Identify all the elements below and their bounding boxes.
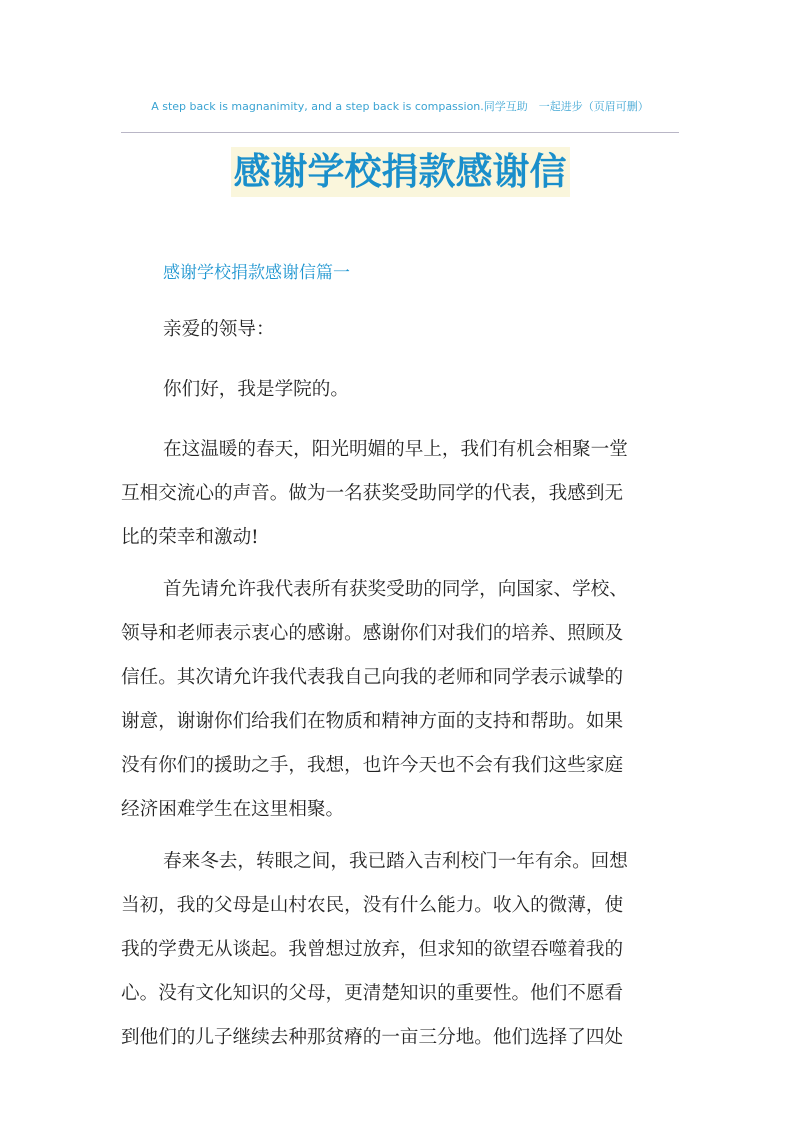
body-line: 春来冬去，转眼之间，我已踏入吉利校门一年有余。回想 bbox=[163, 850, 628, 874]
header-divider bbox=[121, 132, 679, 133]
body-line: 首先请允许我代表所有获奖受助的同学，向国家、学校、 bbox=[163, 578, 628, 602]
body-line: 当初，我的父母是山村农民，没有什么能力。收入的微薄，使 bbox=[121, 894, 623, 918]
body-line: 没有你们的援助之手，我想，也许今天也不会有我们这些家庭 bbox=[121, 754, 623, 778]
section-heading: 感谢学校捐款感谢信篇一 bbox=[163, 261, 350, 285]
body-line: 心。没有文化知识的父母，更清楚知识的重要性。他们不愿看 bbox=[121, 982, 623, 1006]
title-container: 感谢学校捐款感谢信 bbox=[0, 147, 800, 197]
body-line: 我的学费无从谈起。我曾想过放弃，但求知的欲望吞噬着我的 bbox=[121, 938, 623, 962]
body-line: 亲爱的领导： bbox=[163, 318, 275, 342]
body-line: 领导和老师表示衷心的感谢。感谢你们对我们的培养、照顾及 bbox=[121, 622, 623, 646]
body-line: 到他们的儿子继续去种那贫瘠的一亩三分地。他们选择了四处 bbox=[121, 1026, 623, 1050]
body-line: 谢意，谢谢你们给我们在物质和精神方面的支持和帮助。如果 bbox=[121, 710, 623, 734]
body-line: 信任。其次请允许我代表我自己向我的老师和同学表示诚挚的 bbox=[121, 666, 623, 690]
page-header: A step back is magnanimity, and a step b… bbox=[0, 98, 800, 114]
body-line: 互相交流心的声音。做为一名获奖受助同学的代表，我感到无 bbox=[121, 482, 623, 506]
body-line: 比的荣幸和激动! bbox=[121, 526, 259, 550]
body-line: 你们好，我是学院的。 bbox=[163, 378, 349, 402]
document-title: 感谢学校捐款感谢信 bbox=[231, 147, 570, 197]
body-line: 经济困难学生在这里相聚。 bbox=[121, 798, 344, 822]
body-line: 在这温暖的春天，阳光明媚的早上，我们有机会相聚一堂 bbox=[163, 438, 628, 462]
